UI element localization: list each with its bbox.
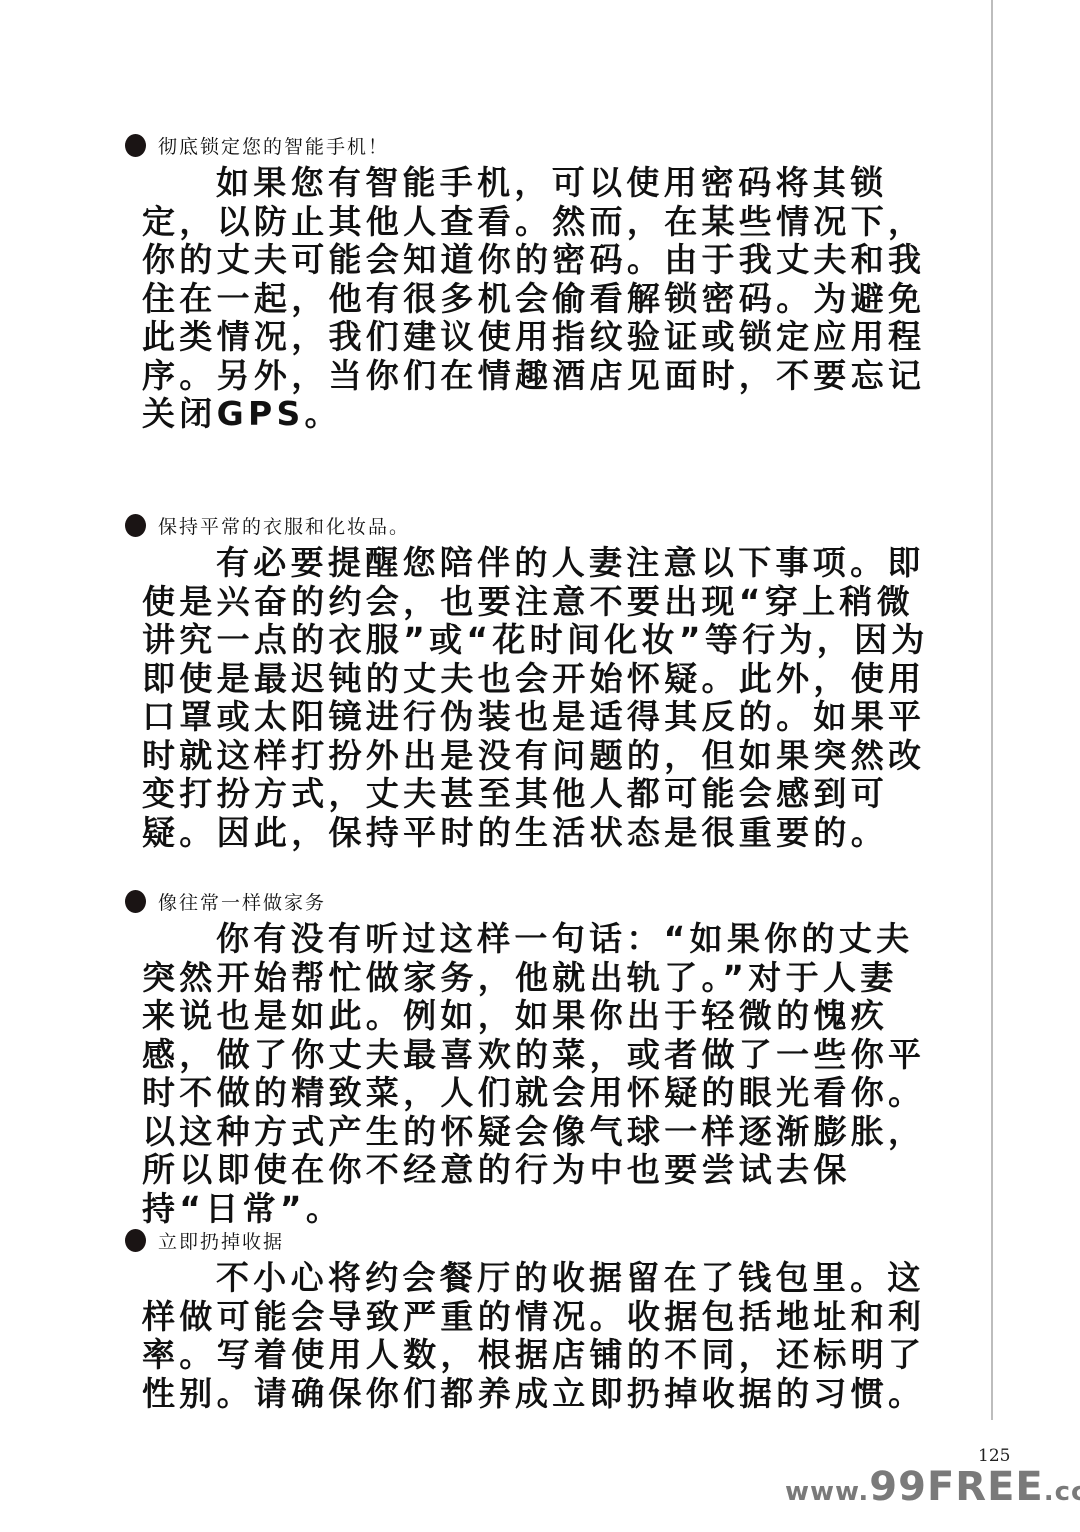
section-lock-smartphone: 彻底锁定您的智能手机！ 如果您有智能手机，可以使用密码将其锁定，以防止其他人查看… <box>125 132 925 434</box>
bullet-icon <box>125 890 146 913</box>
watermark-brand: 99FREE <box>869 1464 1043 1510</box>
section-housework-as-usual: 像往常一样做家务 你有没有听过这样一句话：“如果你的丈夫突然开始帮忙做家务，他就… <box>125 888 925 1228</box>
watermark-prefix: www. <box>785 1477 869 1507</box>
section-body: 如果您有智能手机，可以使用密码将其锁定，以防止其他人查看。然而，在某些情况下，你… <box>142 164 932 434</box>
section-heading-text: 立即扔掉收据 <box>158 1227 284 1254</box>
section-heading-text: 彻底锁定您的智能手机！ <box>158 132 389 159</box>
section-body: 你有没有听过这样一句话：“如果你的丈夫突然开始帮忙做家务，他就出轨了。”对于人妻… <box>142 920 932 1228</box>
page-margin-rule <box>991 0 993 1420</box>
section-heading: 保持平常的衣服和化妆品。 <box>125 512 925 538</box>
watermark-suffix: .cc <box>1044 1477 1080 1507</box>
page-number: 125 <box>978 1446 1010 1466</box>
section-body: 有必要提醒您陪伴的人妻注意以下事项。即使是兴奋的约会，也要注意不要出现“穿上稍微… <box>142 544 932 852</box>
section-body: 不小心将约会餐厅的收据留在了钱包里。这样做可能会导致严重的情况。收据包括地址和利… <box>142 1259 932 1413</box>
section-heading: 立即扔掉收据 <box>125 1227 925 1253</box>
bullet-icon <box>125 514 146 537</box>
section-normal-clothes-makeup: 保持平常的衣服和化妆品。 有必要提醒您陪伴的人妻注意以下事项。即使是兴奋的约会，… <box>125 512 925 852</box>
section-heading-text: 保持平常的衣服和化妆品。 <box>158 512 410 539</box>
section-discard-receipts: 立即扔掉收据 不小心将约会餐厅的收据留在了钱包里。这样做可能会导致严重的情况。收… <box>125 1227 925 1413</box>
section-heading: 彻底锁定您的智能手机！ <box>125 132 925 158</box>
section-heading-text: 像往常一样做家务 <box>158 888 326 915</box>
bullet-icon <box>125 1229 146 1252</box>
bullet-icon <box>125 134 146 157</box>
section-heading: 像往常一样做家务 <box>125 888 925 914</box>
watermark: www.99FREE.cc <box>785 1464 1080 1510</box>
